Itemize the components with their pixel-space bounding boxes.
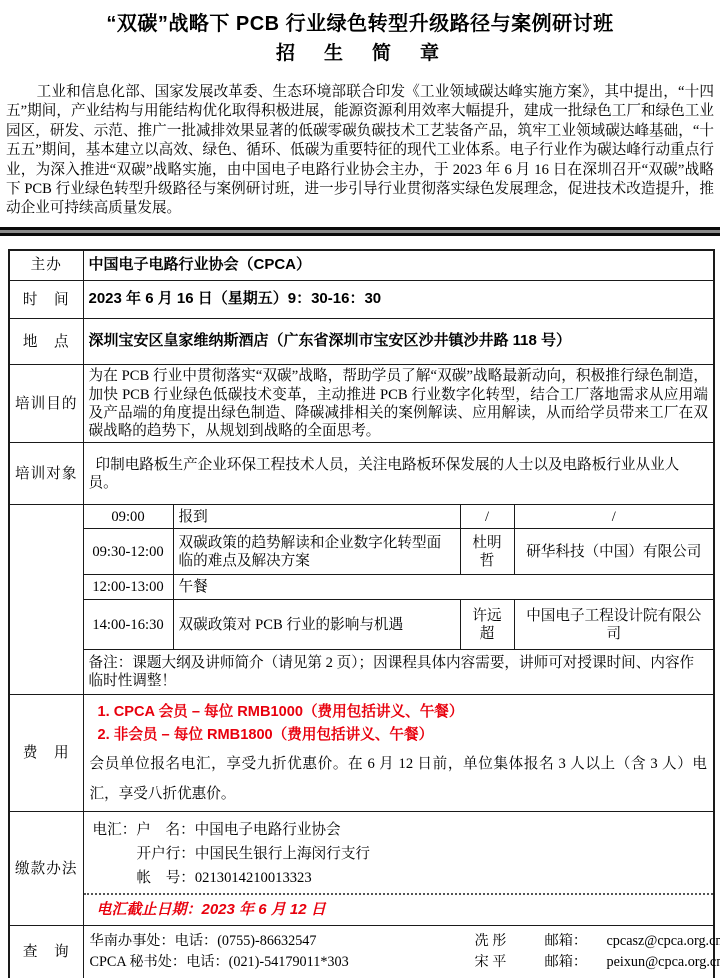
- payment-account-number: 帐 号：0213014210013323: [84, 866, 714, 890]
- time-row: 时 间 2023 年 6 月 16 日（星期五）9：30-16：30: [9, 281, 714, 319]
- contact-mail-label: 邮箱：: [545, 952, 607, 974]
- contact-office-phone: CPCA 秘书处：电话：(021)-54179011*303: [90, 952, 475, 974]
- payment-label: 缴款办法: [9, 812, 83, 926]
- payment-row: 缴款办法 电汇：户 名：中国电子电路行业协会 开户行：中国民生银行上海闵行支行 …: [9, 812, 714, 926]
- audience-row: 培训对象 印制电路板生产企业环保工程技术人员，关注电路板环保发展的人士以及电路板…: [9, 443, 714, 505]
- schedule-topic-cell: 报到: [173, 505, 460, 529]
- contact-person: 宋 平: [475, 952, 545, 974]
- fees-row: 费 用 1. CPCA 会员 – 每位 RMB1000（费用包括讲义、午餐） 2…: [9, 695, 714, 812]
- schedule-row-morning: 09:30-12:00 双碳政策的趋势解读和企业数字化转型面临的难点及解决方案 …: [9, 529, 714, 575]
- host-label: 主办: [9, 250, 83, 281]
- purpose-label: 培训目的: [9, 365, 83, 443]
- contact-label: 查 询: [9, 926, 83, 978]
- host-value: 中国电子电路行业协会（CPCA）: [83, 250, 714, 281]
- contact-line-south: 华南办事处：电话：(0755)-86632547 冼 彤 邮箱： cpcasz@…: [90, 931, 712, 953]
- fee-discount-text: 会员单位报名电汇，享受九折优惠价。在 6 月 12 日前，单位集体报名 3 人以…: [90, 749, 708, 809]
- schedule-speaker-cell: 许远超: [460, 600, 514, 650]
- intro-paragraph: 工业和信息化部、国家发展改革委、生态环境部联合印发《工业领域碳达峰实施方案》，其…: [6, 83, 714, 219]
- contact-email: peixun@cpca.org.cn: [607, 952, 720, 974]
- host-row: 主办 中国电子电路行业协会（CPCA）: [9, 250, 714, 281]
- schedule-note-row: 备注：课题大纲及讲师简介（请见第 2 页）；因课程具体内容需要，讲师可对授课时间…: [9, 650, 714, 695]
- contact-mail-label: 邮箱：: [545, 931, 607, 953]
- schedule-time-cell: 09:00: [83, 505, 173, 529]
- audience-value: 印制电路板生产企业环保工程技术人员，关注电路板环保发展的人士以及电路板行业从业人…: [83, 443, 714, 505]
- schedule-time-cell: 09:30-12:00: [83, 529, 173, 575]
- schedule-topic-cell: 午餐: [173, 575, 714, 600]
- venue-row: 地 点 深圳宝安区皇家维纳斯酒店（广东省深圳市宝安区沙井镇沙井路 118 号）: [9, 319, 714, 365]
- contact-row: 查 询 华南办事处：电话：(0755)-86632547 冼 彤 邮箱： cpc…: [9, 926, 714, 978]
- payment-dotted-divider: [84, 893, 714, 895]
- purpose-value: 为在 PCB 行业中贯彻落实“双碳”战略，帮助学员了解“双碳”战略最新动向，积极…: [83, 365, 714, 443]
- section-divider: [0, 227, 720, 236]
- venue-value: 深圳宝安区皇家维纳斯酒店（广东省深圳市宝安区沙井镇沙井路 118 号）: [83, 319, 714, 365]
- payment-account-name: 电汇：户 名：中国电子电路行业协会: [84, 818, 714, 842]
- audience-label: 培训对象: [9, 443, 83, 505]
- doc-subtitle: 招 生 简 章: [0, 39, 720, 68]
- fees-label: 费 用: [9, 695, 83, 812]
- schedule-note: 备注：课题大纲及讲师简介（请见第 2 页）；因课程具体内容需要，讲师可对授课时间…: [83, 650, 714, 695]
- payment-deadline: 电汇截止日期：2023 年 6 月 12 日: [84, 897, 714, 923]
- schedule-speaker-cell: /: [460, 505, 514, 529]
- time-value: 2023 年 6 月 16 日（星期五）9：30-16：30: [83, 281, 714, 319]
- purpose-row: 培训目的 为在 PCB 行业中贯彻落实“双碳”战略，帮助学员了解“双碳”战略最新…: [9, 365, 714, 443]
- schedule-time-cell: 12:00-13:00: [83, 575, 173, 600]
- time-label: 时 间: [9, 281, 83, 319]
- fee-item-member: 1. CPCA 会员 – 每位 RMB1000（费用包括讲义、午餐）: [90, 701, 708, 724]
- schedule-speaker-cell: 杜明哲: [460, 529, 514, 575]
- schedule-row-afternoon: 14:00-16:30 双碳政策对 PCB 行业的影响与机遇 许远超 中国电子工…: [9, 600, 714, 650]
- contact-email: cpcasz@cpca.org.cn: [607, 931, 720, 953]
- schedule-topic-cell: 双碳政策对 PCB 行业的影响与机遇: [173, 600, 460, 650]
- schedule-company-cell: 研华科技（中国）有限公司: [514, 529, 714, 575]
- schedule-time-cell: 14:00-16:30: [83, 600, 173, 650]
- info-table: 主办 中国电子电路行业协会（CPCA） 时 间 2023 年 6 月 16 日（…: [8, 249, 715, 978]
- fees-cell: 1. CPCA 会员 – 每位 RMB1000（费用包括讲义、午餐） 2. 非会…: [83, 695, 714, 812]
- contact-person: 冼 彤: [475, 931, 545, 953]
- schedule-label-spacer: [9, 505, 83, 695]
- doc-title: “双碳”战略下 PCB 行业绿色转型升级路径与案例研讨班: [0, 10, 720, 39]
- fee-item-nonmember: 2. 非会员 – 每位 RMB1800（费用包括讲义、午餐）: [90, 724, 708, 747]
- contact-office-phone: 华南办事处：电话：(0755)-86632547: [90, 931, 475, 953]
- payment-bank: 开户行：中国民生银行上海闵行支行: [84, 842, 714, 866]
- page: { "doc": { "title": "“双碳”战略下 PCB 行业绿色转型升…: [0, 0, 720, 978]
- schedule-row-lunch: 12:00-13:00 午餐: [9, 575, 714, 600]
- schedule-topic-cell: 双碳政策的趋势解读和企业数字化转型面临的难点及解决方案: [173, 529, 460, 575]
- contact-line-secretariat: CPCA 秘书处：电话：(021)-54179011*303 宋 平 邮箱： p…: [90, 952, 712, 974]
- contact-cell: 华南办事处：电话：(0755)-86632547 冼 彤 邮箱： cpcasz@…: [83, 926, 714, 978]
- schedule-company-cell: 中国电子工程设计院有限公司: [514, 600, 714, 650]
- venue-label: 地 点: [9, 319, 83, 365]
- schedule-company-cell: /: [514, 505, 714, 529]
- schedule-row-registration: 09:00 报到 / /: [9, 505, 714, 529]
- payment-cell: 电汇：户 名：中国电子电路行业协会 开户行：中国民生银行上海闵行支行 帐 号：0…: [83, 812, 714, 926]
